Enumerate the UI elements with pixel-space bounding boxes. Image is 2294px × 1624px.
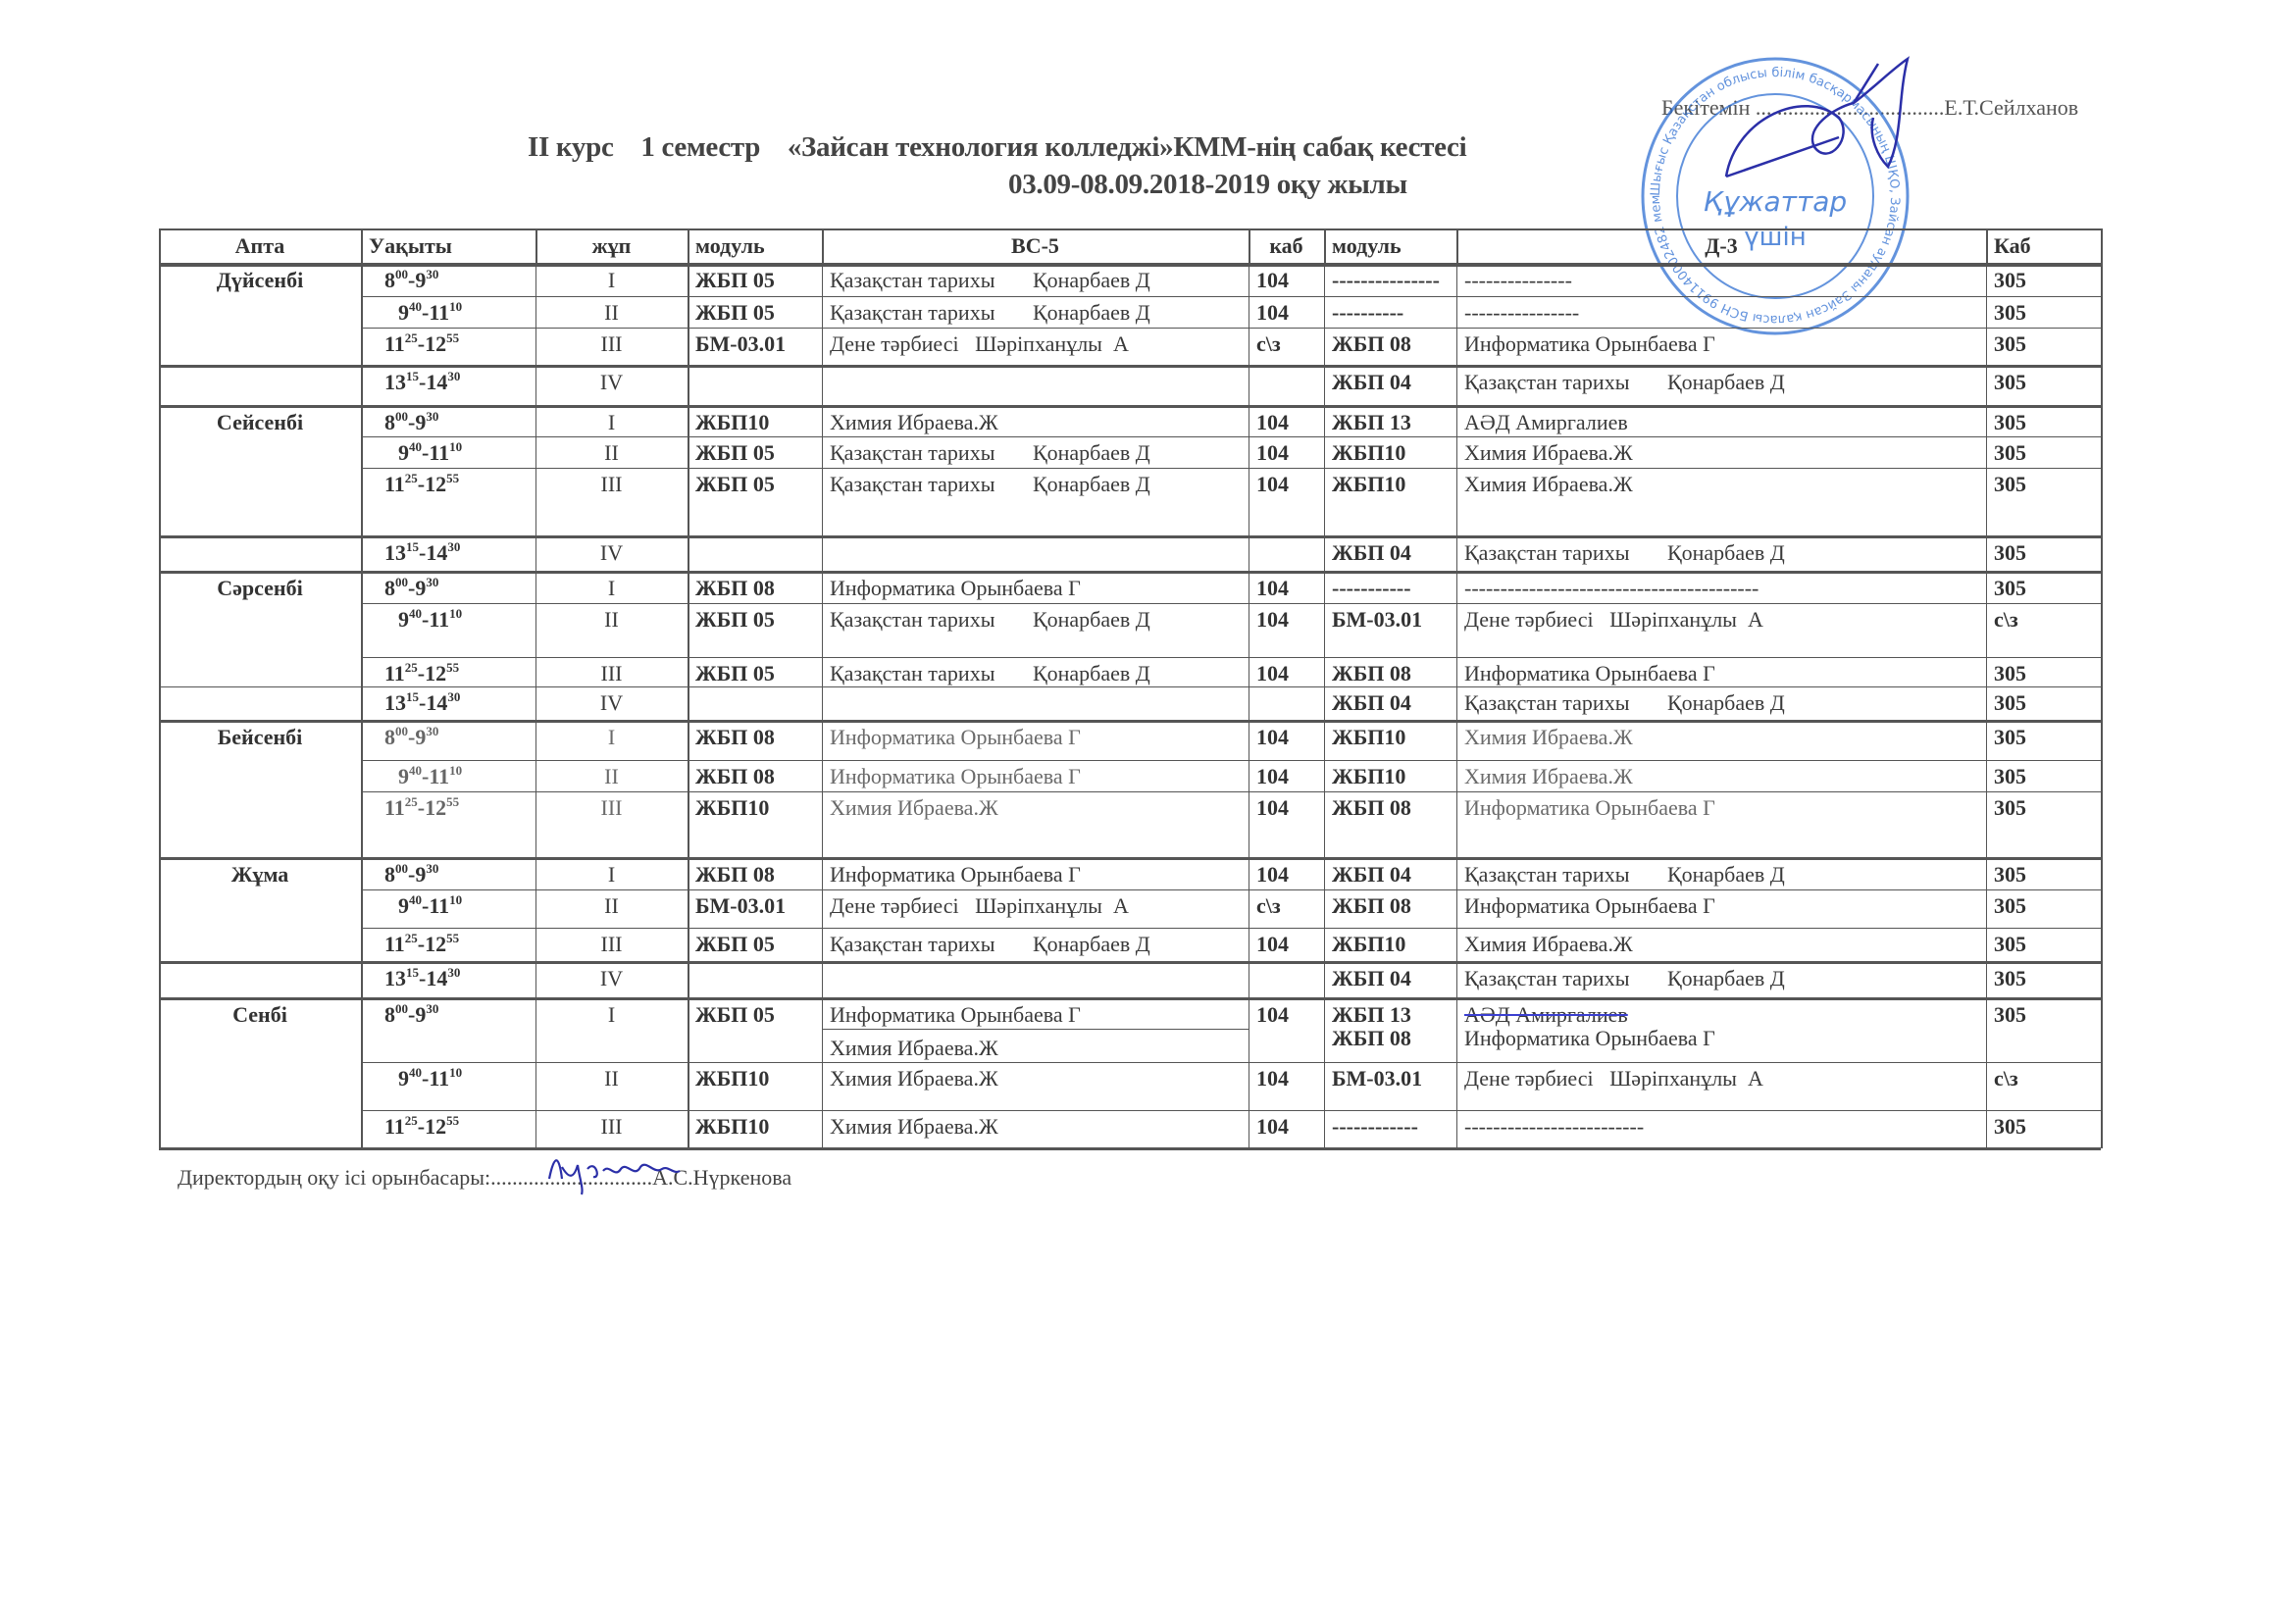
day-cell: Сенбі — [159, 998, 361, 1148]
room-d3: 305 — [1986, 536, 2101, 572]
subject-vs5: Қазақстан тарихы Қонарбаев Д — [822, 264, 1249, 296]
module-code-vs5 — [688, 536, 822, 572]
time-cell: 800-930 — [361, 998, 535, 1062]
room-d3: 305 — [1986, 657, 2101, 686]
time-cell: 1125-1255 — [361, 657, 535, 686]
day-cell — [159, 366, 361, 406]
module-code-vs5: ЖБП 05 — [688, 468, 822, 536]
subject-d3: Информатика Орынбаева Г — [1456, 657, 1986, 686]
module-code-vs5: ЖБП 08 — [688, 572, 822, 603]
pair-number: I — [535, 858, 688, 889]
table-rule — [159, 857, 2101, 860]
room-vs5: 104 — [1249, 1110, 1324, 1148]
table-rule — [361, 1110, 2101, 1111]
table-rule — [361, 657, 2101, 658]
subject-d3-text: Дене тәрбиесі Шәріпханұлы А — [1464, 607, 1763, 632]
document-subtitle-date-range: 03.09-08.09.2018-2019 оқу жылы — [1008, 169, 1407, 201]
day-cell — [159, 686, 361, 721]
room-vs5 — [1249, 366, 1324, 406]
subject-d3: Информатика Орынбаева Г — [1456, 889, 1986, 928]
table-rule — [159, 228, 161, 264]
module-code-d3: ------------ — [1324, 1110, 1456, 1148]
pair-number: I — [535, 406, 688, 436]
subject-d3: АӘД Амиргалиев — [1456, 406, 1986, 436]
table-rule — [361, 328, 2101, 329]
pair-number: IV — [535, 962, 688, 998]
pair-number: III — [535, 468, 688, 536]
subject-d3: Информатика Орынбаева Г — [1456, 791, 1986, 858]
table-rule — [361, 889, 2101, 890]
module-code-vs5: ЖБП 05 — [688, 603, 822, 657]
room-vs5: 104 — [1249, 760, 1324, 791]
module-code-vs5 — [688, 366, 822, 406]
table-rule — [1249, 228, 1250, 264]
day-cell: Дүйсенбі — [159, 264, 361, 366]
subject-d3-text: Химия Ибраева.Ж — [1464, 764, 1633, 788]
time-cell: 940-1110 — [361, 296, 535, 328]
pair-number: I — [535, 572, 688, 603]
svg-text:Құжаттар: Құжаттар — [1704, 185, 1847, 218]
subject-d3: Қазақстан тарихы Қонарбаев Д — [1456, 962, 1986, 998]
table-rule — [361, 436, 2101, 437]
room-vs5 — [1249, 686, 1324, 721]
module-code-vs5: ЖБП 08 — [688, 760, 822, 791]
day-cell: Сәрсенбі — [159, 572, 361, 686]
subject-d3-text: Қазақстан тарихы Қонарбаев Д — [1464, 690, 1785, 715]
module-code-vs5: ЖБП10 — [688, 791, 822, 858]
module-code-d3: ЖБП 04 — [1324, 858, 1456, 889]
pair-number: II — [535, 296, 688, 328]
subject-d3-text: Химия Ибраева.Ж — [1464, 932, 1633, 956]
module-code-vs5: ЖБП 05 — [688, 657, 822, 686]
module-code-vs5: ЖБП 05 — [688, 296, 822, 328]
table-rule — [361, 228, 363, 264]
pair-number: II — [535, 436, 688, 468]
subject-d3-text: --------------- — [1464, 268, 1572, 292]
subject-d3: --------------- — [1456, 264, 1986, 296]
room-vs5: 104 — [1249, 468, 1324, 536]
pair-number: I — [535, 264, 688, 296]
time-cell: 1125-1255 — [361, 928, 535, 962]
table-rule — [361, 791, 2101, 792]
header-group-vs5: ВС-5 — [822, 228, 1249, 264]
module-code-d3: ЖБП 13 — [1324, 406, 1456, 436]
module-code-d3: ЖБП 08 — [1324, 889, 1456, 928]
table-rule — [159, 405, 2101, 408]
time-cell: 1125-1255 — [361, 468, 535, 536]
room-vs5: 104 — [1249, 264, 1324, 296]
module-code-d3: ЖБП10 — [1324, 468, 1456, 536]
module-code-vs5 — [688, 686, 822, 721]
module-code-vs5: ЖБП10 — [688, 406, 822, 436]
module-code-d3: ЖБП 13ЖБП 08 — [1324, 998, 1456, 1062]
subject-d3: Қазақстан тарихы Қонарбаев Д — [1456, 686, 1986, 721]
header-time: Уақыты — [361, 228, 535, 264]
deputy-director-signature-line: Директордың оқу ісі орынбасары:.........… — [178, 1165, 791, 1191]
subject-d3-text: Химия Ибраева.Ж — [1464, 440, 1633, 465]
module-code-vs5 — [688, 962, 822, 998]
table-rule — [159, 228, 2101, 230]
subject-vs5: Қазақстан тарихы Қонарбаев Д — [822, 603, 1249, 657]
subject-d3-text: Информатика Орынбаева Г — [1464, 795, 1715, 820]
time-cell: 1125-1255 — [361, 328, 535, 366]
room-d3: 305 — [1986, 264, 2101, 296]
room-vs5 — [1249, 536, 1324, 572]
module-code-vs5: ЖБП 05 — [688, 928, 822, 962]
time-cell: 800-930 — [361, 721, 535, 760]
module-code-vs5: ЖБП 05 — [688, 998, 822, 1062]
room-d3: 305 — [1986, 889, 2101, 928]
table-rule — [159, 961, 2101, 964]
subject-d3: Химия Ибраева.Ж — [1456, 436, 1986, 468]
time-cell: 1315-1430 — [361, 366, 535, 406]
room-vs5: 104 — [1249, 791, 1324, 858]
subject-d3-alt: Информатика Орынбаева Г — [1464, 1027, 1978, 1050]
room-vs5: с\з — [1249, 889, 1324, 928]
subject-d3-text: Химия Ибраева.Ж — [1464, 725, 1633, 749]
table-rule — [1986, 228, 1988, 264]
room-vs5: 104 — [1249, 1062, 1324, 1110]
room-d3: 305 — [1986, 296, 2101, 328]
table-rule — [361, 928, 2101, 929]
subject-d3-text: АӘД Амиргалиев — [1464, 1002, 1628, 1027]
subject-vs5 — [822, 366, 1249, 406]
subject-d3-text: АӘД Амиргалиев — [1464, 410, 1628, 434]
room-vs5: 104 — [1249, 928, 1324, 962]
module-code-d3: ЖБП 04 — [1324, 366, 1456, 406]
day-cell: Жұма — [159, 858, 361, 962]
module-code-vs5: ЖБП 05 — [688, 436, 822, 468]
table-rule — [822, 228, 824, 264]
subject-vs5: Химия Ибраева.Ж — [822, 791, 1249, 858]
table-rule — [1986, 264, 1987, 1148]
time-cell: 800-930 — [361, 572, 535, 603]
table-rule — [361, 1062, 2101, 1063]
table-rule — [688, 264, 689, 1148]
module-code-d3: ЖБП10 — [1324, 436, 1456, 468]
module-code-d3: ЖБП 04 — [1324, 536, 1456, 572]
table-rule — [688, 228, 689, 264]
subject-d3: Қазақстан тарихы Қонарбаев Д — [1456, 366, 1986, 406]
day-cell: Бейсенбі — [159, 721, 361, 858]
module-code-d3: ЖБП10 — [1324, 721, 1456, 760]
module-code-d3: БМ-03.01 — [1324, 603, 1456, 657]
time-cell: 940-1110 — [361, 436, 535, 468]
subject-vs5: Информатика Орынбаева Г — [822, 721, 1249, 760]
subject-vs5: Қазақстан тарихы Қонарбаев Д — [822, 928, 1249, 962]
subject-d3-text: Информатика Орынбаева Г — [1464, 893, 1715, 918]
pair-number: III — [535, 928, 688, 962]
subject-d3-text: Қазақстан тарихы Қонарбаев Д — [1464, 966, 1785, 990]
module-code-d3: --------------- — [1324, 264, 1456, 296]
table-rule — [159, 720, 2101, 723]
table-rule — [1456, 264, 1457, 1148]
room-vs5: 104 — [1249, 721, 1324, 760]
pair-number: IV — [535, 366, 688, 406]
table-rule — [361, 296, 2101, 297]
subject-d3: Химия Ибраева.Ж — [1456, 468, 1986, 536]
subject-d3-text: Қазақстан тарихы Қонарбаев Д — [1464, 370, 1785, 394]
room-d3: 305 — [1986, 572, 2101, 603]
table-rule — [1324, 264, 1325, 1148]
room-vs5 — [1249, 962, 1324, 998]
table-rule — [159, 535, 2101, 538]
subject-d3-text: Информатика Орынбаева Г — [1464, 661, 1715, 685]
room-vs5: 104 — [1249, 436, 1324, 468]
subject-d3: ---------------- — [1456, 296, 1986, 328]
table-rule — [2101, 264, 2103, 1148]
header-room-1: каб — [1249, 228, 1324, 264]
module-code-vs5: ЖБП10 — [688, 1062, 822, 1110]
module-code-d3: ЖБП10 — [1324, 928, 1456, 962]
module-code-vs5: БМ-03.01 — [688, 328, 822, 366]
time-cell: 940-1110 — [361, 1062, 535, 1110]
subject-vs5-alt: Химия Ибраева.Ж — [830, 1037, 1241, 1060]
table-rule — [535, 264, 536, 1148]
subject-vs5: Дене тәрбиесі Шәріпханұлы А — [822, 328, 1249, 366]
time-cell: 940-1110 — [361, 603, 535, 657]
room-vs5: 104 — [1249, 657, 1324, 686]
module-code-vs5: ЖБП 08 — [688, 858, 822, 889]
subject-vs5 — [822, 962, 1249, 998]
room-d3: 305 — [1986, 686, 2101, 721]
subject-d3-text: Қазақстан тарихы Қонарбаев Д — [1464, 540, 1785, 565]
subject-d3-text: ---------------- — [1464, 300, 1579, 325]
room-d3: с\з — [1986, 603, 2101, 657]
subject-d3: Дене тәрбиесі Шәріпханұлы А — [1456, 603, 1986, 657]
table-rule — [2101, 228, 2103, 264]
subject-vs5: Химия Ибраева.Ж — [822, 406, 1249, 436]
subject-vs5: Қазақстан тарихы Қонарбаев Д — [822, 468, 1249, 536]
approval-line: Бекітемін ..............................… — [1661, 95, 2078, 121]
table-rule — [361, 468, 2101, 469]
room-vs5: с\з — [1249, 328, 1324, 366]
room-vs5: 104 — [1249, 572, 1324, 603]
room-d3: 305 — [1986, 436, 2101, 468]
time-cell: 800-930 — [361, 406, 535, 436]
table-rule — [159, 263, 2101, 266]
pair-number: III — [535, 791, 688, 858]
pair-number: IV — [535, 536, 688, 572]
table-rule — [361, 603, 2101, 604]
time-cell: 1315-1430 — [361, 962, 535, 998]
subject-vs5: Химия Ибраева.Ж — [822, 1110, 1249, 1148]
subject-vs5: Қазақстан тарихы Қонарбаев Д — [822, 657, 1249, 686]
subject-d3-text: Информатика Орынбаева Г — [1464, 331, 1715, 356]
table-rule — [159, 571, 2101, 574]
table-rule — [1249, 264, 1249, 1148]
module-code-d3: ---------- — [1324, 296, 1456, 328]
pair-number: II — [535, 760, 688, 791]
room-vs5: 104 — [1249, 296, 1324, 328]
subject-vs5 — [822, 536, 1249, 572]
subject-d3: Қазақстан тарихы Қонарбаев Д — [1456, 536, 1986, 572]
pair-number: I — [535, 721, 688, 760]
module-code-d3: ЖБП 08 — [1324, 657, 1456, 686]
header-pair: жұп — [535, 228, 688, 264]
subject-d3: Информатика Орынбаева Г — [1456, 328, 1986, 366]
room-d3: 305 — [1986, 998, 2101, 1062]
header-room-2: Каб — [1986, 228, 2101, 264]
header-group-d3: Д-3 — [1456, 228, 1986, 264]
room-vs5: 104 — [1249, 858, 1324, 889]
subject-d3-text: ------------------------- — [1464, 1114, 1644, 1139]
room-d3: 305 — [1986, 962, 2101, 998]
subject-d3: АӘД АмиргалиевИнформатика Орынбаева Г — [1456, 998, 1986, 1062]
room-d3: 305 — [1986, 928, 2101, 962]
module-code-d3: ЖБП 04 — [1324, 686, 1456, 721]
subject-d3: Химия Ибраева.Ж — [1456, 928, 1986, 962]
table-rule — [1324, 228, 1326, 264]
room-vs5: 104 — [1249, 603, 1324, 657]
subject-vs5 — [822, 686, 1249, 721]
time-cell: 1125-1255 — [361, 791, 535, 858]
document-title: II курс 1 семестр «Зайсан технология кол… — [528, 131, 1466, 164]
room-vs5: 104 — [1249, 406, 1324, 436]
table-rule — [159, 686, 2101, 687]
module-code-d3: ЖБП10 — [1324, 760, 1456, 791]
subject-d3: Қазақстан тарихы Қонарбаев Д — [1456, 858, 1986, 889]
time-cell: 1315-1430 — [361, 536, 535, 572]
room-d3: 305 — [1986, 406, 2101, 436]
time-cell: 1315-1430 — [361, 686, 535, 721]
subject-d3-text: Химия Ибраева.Ж — [1464, 472, 1633, 496]
subject-vs5: Химия Ибраева.Ж — [822, 1062, 1249, 1110]
module-code-vs5: БМ-03.01 — [688, 889, 822, 928]
room-d3: 305 — [1986, 791, 2101, 858]
time-cell: 800-930 — [361, 264, 535, 296]
pair-number: III — [535, 328, 688, 366]
module-code-vs5: ЖБП10 — [688, 1110, 822, 1148]
room-d3: 305 — [1986, 328, 2101, 366]
subject-d3: ------------------------- — [1456, 1110, 1986, 1148]
header-module-1: модуль — [688, 228, 822, 264]
table-rule — [1456, 228, 1458, 264]
subject-d3-text: ----------------------------------------… — [1464, 576, 1759, 600]
room-d3: 305 — [1986, 858, 2101, 889]
subject-d3-text: Қазақстан тарихы Қонарбаев Д — [1464, 862, 1785, 887]
time-cell: 800-930 — [361, 858, 535, 889]
pair-number: II — [535, 1062, 688, 1110]
module-code-d3-alt: ЖБП 08 — [1332, 1027, 1449, 1050]
table-rule — [361, 264, 363, 1148]
subject-vs5: Информатика Орынбаева ГХимия Ибраева.Ж — [822, 998, 1249, 1062]
table-rule — [361, 760, 2101, 761]
table-rule — [822, 264, 823, 1148]
module-code-vs5: ЖБП 08 — [688, 721, 822, 760]
room-d3: 305 — [1986, 468, 2101, 536]
module-code-d3: ЖБП 08 — [1324, 328, 1456, 366]
table-rule — [822, 1029, 1249, 1030]
subject-vs5: Информатика Орынбаева Г — [822, 858, 1249, 889]
module-code-d3: БМ-03.01 — [1324, 1062, 1456, 1110]
module-code-d3: ----------- — [1324, 572, 1456, 603]
subject-vs5: Қазақстан тарихы Қонарбаев Д — [822, 436, 1249, 468]
room-d3: с\з — [1986, 1062, 2101, 1110]
subject-d3: ----------------------------------------… — [1456, 572, 1986, 603]
subject-vs5: Информатика Орынбаева Г — [822, 760, 1249, 791]
pair-number: IV — [535, 686, 688, 721]
time-cell: 940-1110 — [361, 889, 535, 928]
subject-d3: Дене тәрбиесі Шәріпханұлы А — [1456, 1062, 1986, 1110]
room-vs5: 104 — [1249, 998, 1324, 1062]
subject-d3: Химия Ибраева.Ж — [1456, 721, 1986, 760]
pair-number: I — [535, 998, 688, 1062]
pair-number: III — [535, 1110, 688, 1148]
room-d3: 305 — [1986, 366, 2101, 406]
subject-d3: Химия Ибраева.Ж — [1456, 760, 1986, 791]
room-d3: 305 — [1986, 760, 2101, 791]
header-week: Апта — [159, 228, 361, 264]
table-rule — [159, 365, 2101, 368]
room-d3: 305 — [1986, 721, 2101, 760]
pair-number: II — [535, 603, 688, 657]
table-rule — [159, 997, 2101, 1000]
subject-vs5: Информатика Орынбаева Г — [822, 572, 1249, 603]
subject-vs5: Дене тәрбиесі Шәріпханұлы А — [822, 889, 1249, 928]
module-code-d3: ЖБП 08 — [1324, 791, 1456, 858]
day-cell — [159, 536, 361, 572]
pair-number: III — [535, 657, 688, 686]
pair-number: II — [535, 889, 688, 928]
header-module-2: модуль — [1324, 228, 1456, 264]
time-cell: 1125-1255 — [361, 1110, 535, 1148]
table-rule — [159, 264, 161, 1148]
table-rule — [159, 1147, 2101, 1150]
subject-d3-text: Дене тәрбиесі Шәріпханұлы А — [1464, 1066, 1763, 1091]
day-cell — [159, 962, 361, 998]
room-d3: 305 — [1986, 1110, 2101, 1148]
subject-vs5: Қазақстан тарихы Қонарбаев Д — [822, 296, 1249, 328]
table-rule — [535, 228, 537, 264]
time-cell: 940-1110 — [361, 760, 535, 791]
day-cell: Сейсенбі — [159, 406, 361, 536]
module-code-d3: ЖБП 04 — [1324, 962, 1456, 998]
module-code-vs5: ЖБП 05 — [688, 264, 822, 296]
